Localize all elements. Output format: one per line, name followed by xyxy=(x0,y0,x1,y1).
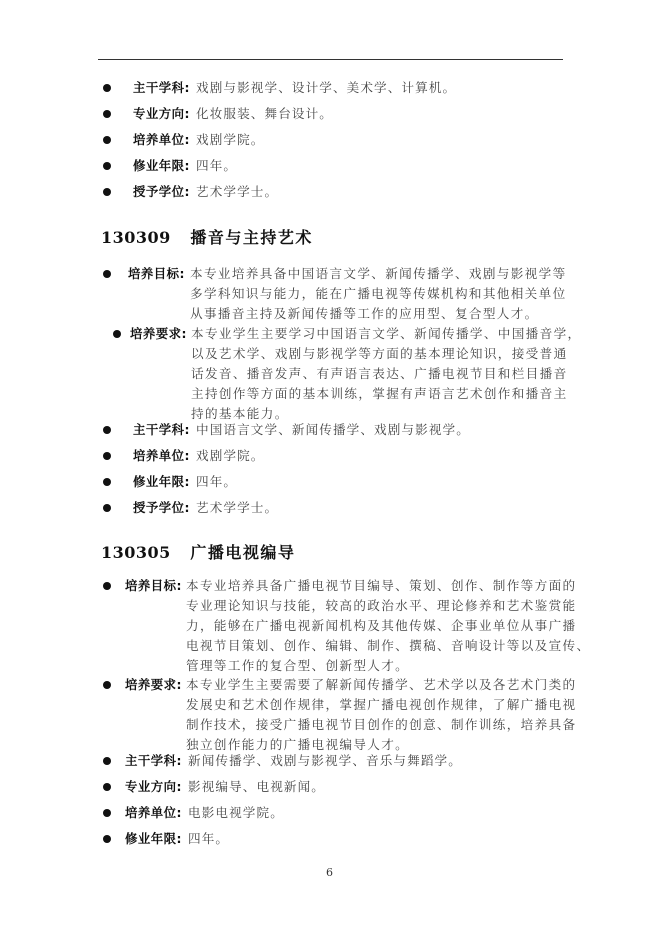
detail-label: 主干学科: xyxy=(133,78,190,98)
detail-label: 培养目标: xyxy=(128,264,185,284)
detail-value: 戏剧与影视学、设计学、美术学、计算机。 xyxy=(196,78,456,98)
major-name: 广播电视编导 xyxy=(190,543,295,562)
detail-label: 培养要求: xyxy=(130,324,187,344)
bullet-icon xyxy=(103,478,111,486)
detail-label: 修业年限: xyxy=(133,472,190,492)
detail-value: 四年。 xyxy=(196,156,237,176)
detail-degree: 授予学位: 艺术学学士。 xyxy=(103,498,278,518)
detail-label: 主干学科: xyxy=(125,751,182,771)
training-requirement: 培养要求: 本专业学生主要学习中国语言文学、新闻传播学、中国播音学， 以及艺术学… xyxy=(113,324,581,424)
requirement-text: 本专业学生主要需要了解新闻传播学、艺术学以及各艺术门类的 发展史和艺术创作规律，… xyxy=(186,675,576,755)
detail-main-subjects: 主干学科: 新闻传播学、戏剧与影视学、音乐与舞蹈学。 xyxy=(103,751,462,771)
detail-training-unit: 培养单位: 电影电视学院。 xyxy=(103,803,284,823)
detail-label: 修业年限: xyxy=(125,829,182,849)
bullet-icon xyxy=(103,270,111,278)
detail-specialization: 专业方向: 化妆服装、舞台设计。 xyxy=(103,104,333,124)
bullet-icon xyxy=(103,188,111,196)
bullet-icon xyxy=(103,582,111,590)
detail-label: 专业方向: xyxy=(133,104,190,124)
detail-label: 培养单位: xyxy=(125,803,182,823)
bullet-icon xyxy=(103,835,111,843)
bullet-icon xyxy=(103,136,111,144)
detail-label: 授予学位: xyxy=(133,498,190,518)
requirement-text: 本专业学生主要学习中国语言文学、新闻传播学、中国播音学， 以及艺术学、戏剧与影视… xyxy=(191,324,581,424)
detail-duration: 修业年限: 四年。 xyxy=(103,829,229,849)
detail-value: 中国语言文学、新闻传播学、戏剧与影视学。 xyxy=(196,420,470,440)
major-code: 130309 xyxy=(101,228,171,247)
detail-main-subjects: 主干学科: 中国语言文学、新闻传播学、戏剧与影视学。 xyxy=(103,420,470,440)
training-goal: 培养目标: 本专业培养具备中国语言文学、新闻传播学、戏剧与影视学等 多学科知识与… xyxy=(103,264,567,324)
training-requirement: 培养要求: 本专业学生主要需要了解新闻传播学、艺术学以及各艺术门类的 发展史和艺… xyxy=(103,675,576,755)
detail-value: 戏剧学院。 xyxy=(196,446,264,466)
detail-label: 培养单位: xyxy=(133,446,190,466)
text-line: 多学科知识与能力，能在广播电视等传媒机构和其他相关单位 xyxy=(190,284,566,304)
bullet-icon xyxy=(103,809,111,817)
goal-text: 本专业培养具备广播电视节目编导、策划、创作、制作等方面的 专业理论知识与技能，较… xyxy=(186,576,590,676)
detail-value: 四年。 xyxy=(196,472,237,492)
detail-label: 培养目标: xyxy=(125,576,182,596)
detail-label: 培养单位: xyxy=(133,130,190,150)
page-number: 6 xyxy=(326,866,333,879)
detail-value: 电影电视学院。 xyxy=(188,803,284,823)
major-name: 播音与主持艺术 xyxy=(190,228,313,247)
bullet-icon xyxy=(103,681,111,689)
text-line: 本专业学生主要需要了解新闻传播学、艺术学以及各艺术门类的 xyxy=(186,675,576,695)
bullet-icon xyxy=(103,452,111,460)
text-line: 发展史和艺术创作规律，掌握广播电视创作规律，了解广播电视 xyxy=(186,695,576,715)
text-line: 话发音、播音发声、有声语言表达、广播电视节目和栏目播音 xyxy=(191,364,581,384)
text-line: 本专业培养具备中国语言文学、新闻传播学、戏剧与影视学等 xyxy=(190,264,566,284)
text-line: 主持创作等方面的基本训练，掌握有声语言艺术创作和播音主 xyxy=(191,384,581,404)
text-line: 从事播音主持及新闻传播等工作的应用型、复合型人才。 xyxy=(190,304,566,324)
detail-value: 戏剧学院。 xyxy=(196,130,264,150)
bullet-icon xyxy=(103,783,111,791)
detail-main-subjects: 主干学科: 戏剧与影视学、设计学、美术学、计算机。 xyxy=(103,78,456,98)
detail-duration: 修业年限: 四年。 xyxy=(103,472,237,492)
detail-value: 影视编导、电视新闻。 xyxy=(188,777,325,797)
detail-value: 新闻传播学、戏剧与影视学、音乐与舞蹈学。 xyxy=(188,751,462,771)
bullet-icon xyxy=(103,504,111,512)
major-code: 130305 xyxy=(101,543,171,562)
bullet-icon xyxy=(103,110,111,118)
bullet-icon xyxy=(103,426,111,434)
detail-duration: 修业年限: 四年。 xyxy=(103,156,237,176)
bullet-icon xyxy=(103,84,111,92)
text-line: 力，能够在广播电视新闻机构及其他传媒、企事业单位从事广播 xyxy=(186,616,590,636)
text-line: 专业理论知识与技能，较高的政治水平、理论修养和艺术鉴赏能 xyxy=(186,596,590,616)
detail-specialization: 专业方向: 影视编导、电视新闻。 xyxy=(103,777,325,797)
detail-label: 培养要求: xyxy=(125,675,182,695)
text-line: 电视节目策划、创作、编辑、制作、撰稿、音响设计等以及宣传、 xyxy=(186,636,590,656)
detail-value: 艺术学学士。 xyxy=(196,498,278,518)
text-line: 本专业学生主要学习中国语言文学、新闻传播学、中国播音学， xyxy=(191,324,581,344)
detail-label: 主干学科: xyxy=(133,420,190,440)
detail-value: 四年。 xyxy=(188,829,229,849)
detail-training-unit: 培养单位: 戏剧学院。 xyxy=(103,446,265,466)
goal-text: 本专业培养具备中国语言文学、新闻传播学、戏剧与影视学等 多学科知识与能力，能在广… xyxy=(190,264,566,324)
bullet-icon xyxy=(113,330,121,338)
text-line: 以及艺术学、戏剧与影视学等方面的基本理论知识，接受普通 xyxy=(191,344,581,364)
detail-value: 艺术学学士。 xyxy=(196,182,278,202)
detail-label: 修业年限: xyxy=(133,156,190,176)
detail-label: 专业方向: xyxy=(125,777,182,797)
section-heading: 130305 广播电视编导 xyxy=(101,540,295,563)
text-line: 管理等工作的复合型、创新型人才。 xyxy=(186,656,590,676)
bullet-icon xyxy=(103,162,111,170)
text-line: 本专业培养具备广播电视节目编导、策划、创作、制作等方面的 xyxy=(186,576,590,596)
text-line: 制作技术，接受广播电视节目创作的创意、制作训练，培养具备 xyxy=(186,715,576,735)
bullet-icon xyxy=(103,757,111,765)
training-goal: 培养目标: 本专业培养具备广播电视节目编导、策划、创作、制作等方面的 专业理论知… xyxy=(103,576,590,676)
detail-training-unit: 培养单位: 戏剧学院。 xyxy=(103,130,265,150)
header-rule xyxy=(98,59,563,60)
detail-value: 化妆服装、舞台设计。 xyxy=(196,104,333,124)
detail-label: 授予学位: xyxy=(133,182,190,202)
detail-degree: 授予学位: 艺术学学士。 xyxy=(103,182,278,202)
section-heading: 130309 播音与主持艺术 xyxy=(101,225,313,248)
